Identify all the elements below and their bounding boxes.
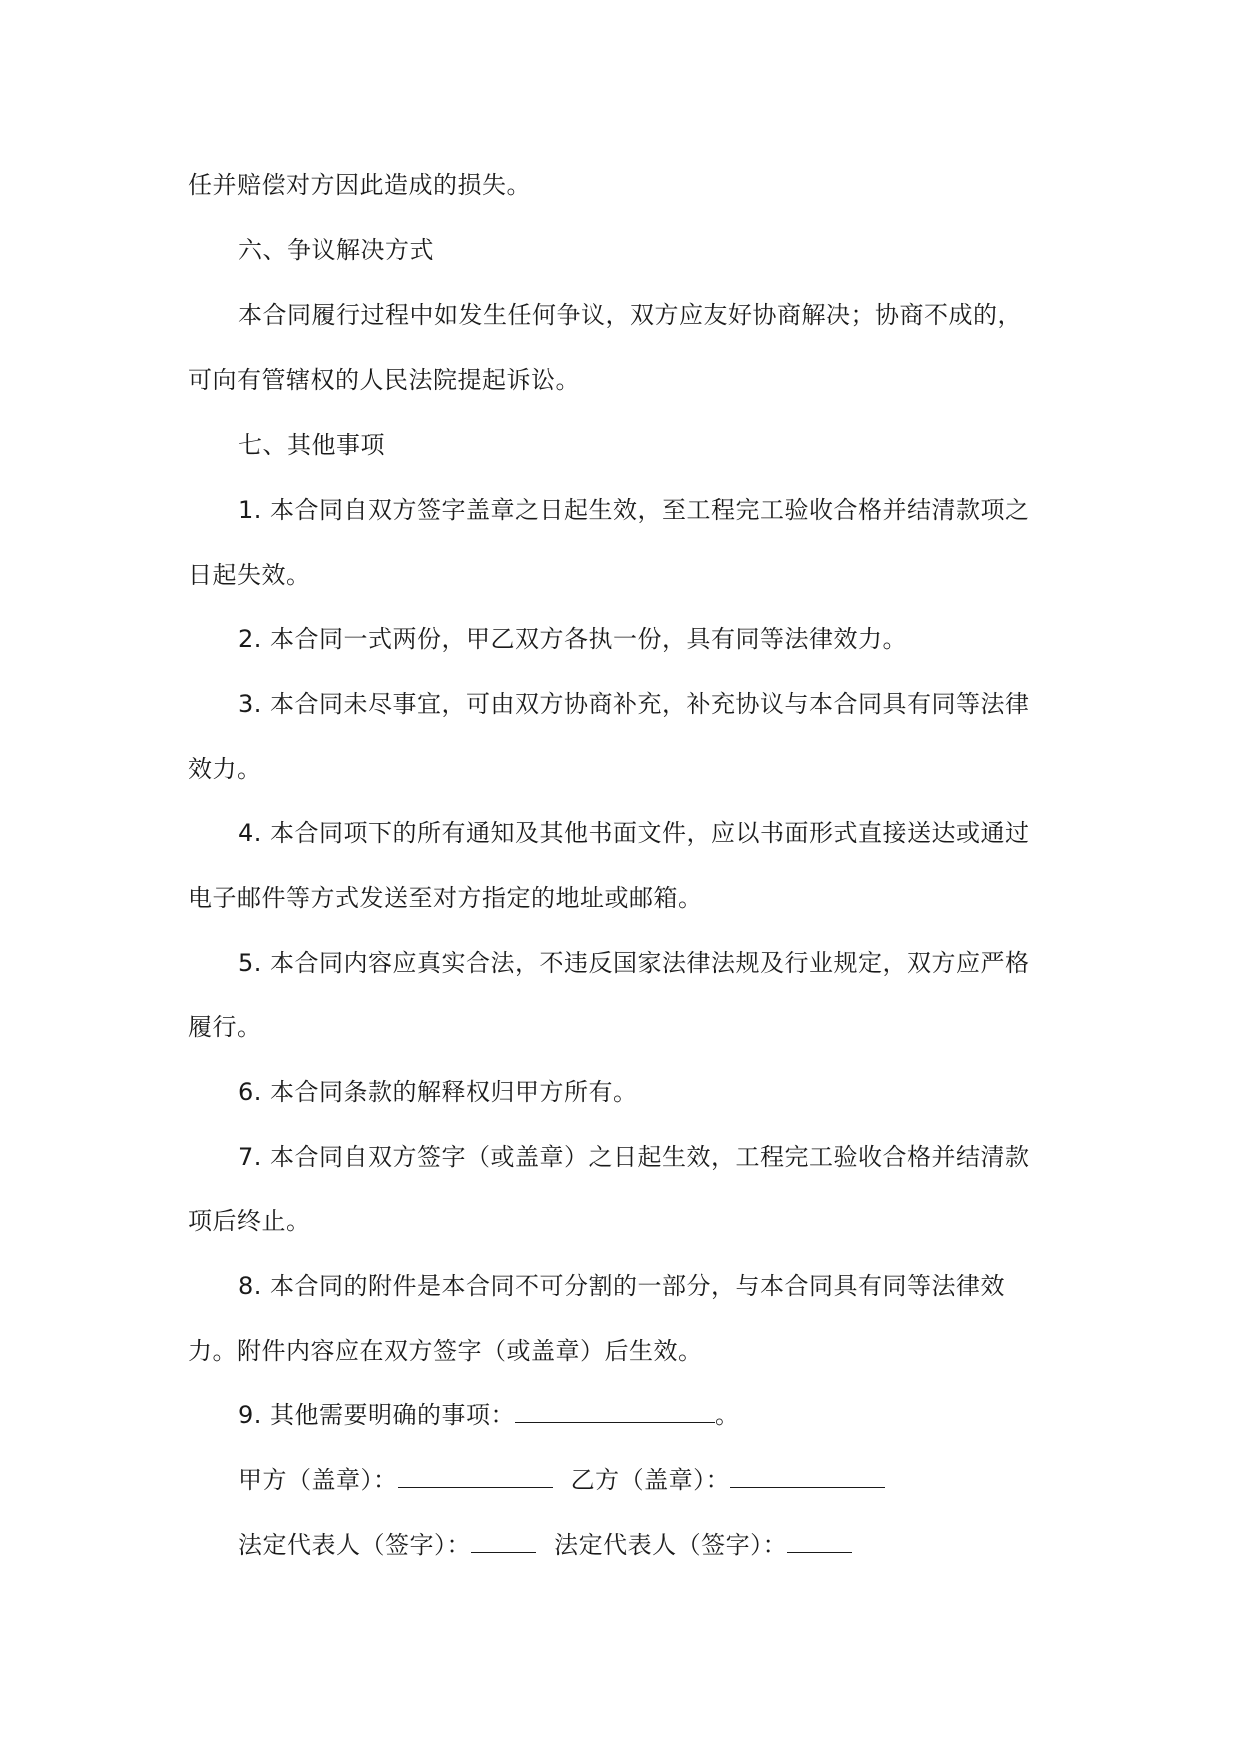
document-line: 履行。 (188, 1012, 262, 1042)
party-b-rep-label: 法定代表人（签字）： (554, 1531, 787, 1559)
document-line: 效力。 (188, 754, 262, 784)
document-line: 8. 本合同的附件是本合同不可分割的一部分，与本合同具有同等法律效 (238, 1271, 1005, 1301)
document-line: 七、其他事项 (238, 430, 385, 460)
document-line: 1. 本合同自双方签字盖章之日起生效，至工程完工验收合格并结清款项之 (238, 495, 1030, 525)
item-9-suffix: 。 (715, 1401, 740, 1429)
party-b-seal-blank[interactable] (730, 1465, 885, 1488)
document-line: 6. 本合同条款的解释权归甲方所有。 (238, 1077, 638, 1107)
document-page: 任并赔偿对方因此造成的损失。六、争议解决方式本合同履行过程中如发生任何争议，双方… (0, 0, 1240, 1753)
party-b-seal-label: 乙方（盖章）： (571, 1466, 731, 1494)
document-line: 4. 本合同项下的所有通知及其他书面文件，应以书面形式直接送达或通过 (238, 818, 1030, 848)
document-line: 六、争议解决方式 (238, 235, 434, 265)
party-a-seal-blank[interactable] (398, 1465, 553, 1488)
document-line: 3. 本合同未尽事宜，可由双方协商补充，补充协议与本合同具有同等法律 (238, 689, 1030, 719)
representative-line: 法定代表人（签字）： 法定代表人（签字）： (238, 1530, 852, 1560)
document-line: 7. 本合同自双方签字（或盖章）之日起生效，工程完工验收合格并结清款 (238, 1142, 1030, 1172)
party-a-rep-blank[interactable] (471, 1530, 536, 1553)
document-line: 可向有管辖权的人民法院提起诉讼。 (188, 365, 580, 395)
party-a-rep-label: 法定代表人（签字）： (238, 1531, 471, 1559)
document-line: 项后终止。 (188, 1206, 311, 1236)
document-line: 任并赔偿对方因此造成的损失。 (188, 170, 531, 200)
document-line: 日起失效。 (188, 560, 311, 590)
item-9-blank[interactable] (515, 1400, 715, 1423)
party-b-rep-blank[interactable] (787, 1530, 852, 1553)
seal-line: 甲方（盖章）： 乙方（盖章）： (238, 1465, 885, 1495)
document-line: 力。附件内容应在双方签字（或盖章）后生效。 (188, 1336, 703, 1366)
party-a-seal-label: 甲方（盖章）： (238, 1466, 398, 1494)
document-line: 5. 本合同内容应真实合法，不违反国家法律法规及行业规定，双方应严格 (238, 948, 1030, 978)
document-line: 本合同履行过程中如发生任何争议，双方应友好协商解决；协商不成的， (238, 300, 1022, 330)
item-9-label: 9. 其他需要明确的事项： (238, 1401, 515, 1429)
item-9-line: 9. 其他需要明确的事项：。 (238, 1400, 740, 1430)
document-line: 电子邮件等方式发送至对方指定的地址或邮箱。 (188, 883, 703, 913)
document-line: 2. 本合同一式两份，甲乙双方各执一份，具有同等法律效力。 (238, 624, 907, 654)
